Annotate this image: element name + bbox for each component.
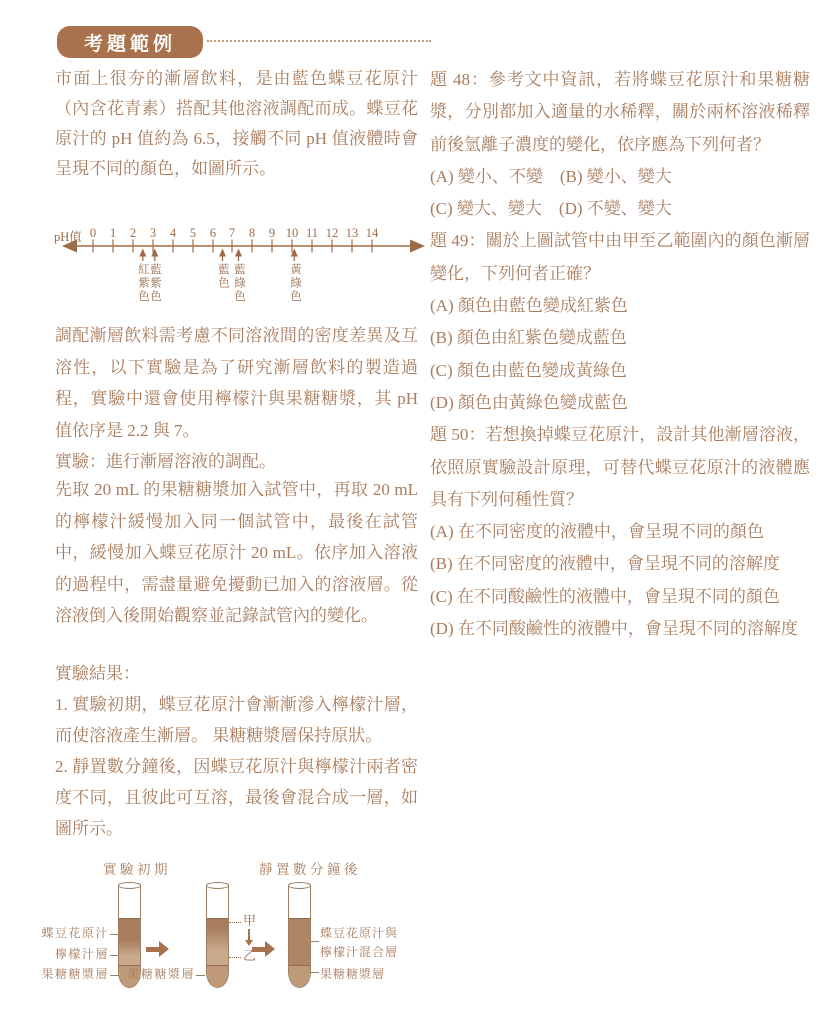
stage1-title: 實驗初期 <box>103 858 171 878</box>
question-stem: 題 48：參考文中資訊，若將蝶豆花原汁和果糖糖漿，分別都加入適量的水稀釋，關於兩… <box>430 64 810 161</box>
tube-rim <box>118 882 141 889</box>
tube-rim <box>206 882 229 889</box>
label-connector <box>311 941 319 942</box>
dotted-leader <box>229 957 241 958</box>
question-option-line: (A) 變小、不變 (B) 變小、變大 <box>430 161 810 193</box>
ph-tick: 2 <box>130 226 136 240</box>
question-option-line: (C) 變大、變大 (D) 不變、變大 <box>430 193 810 225</box>
ph-tick: 9 <box>269 226 275 240</box>
question-option-line: (A) 顏色由藍色變成紅紫色 <box>430 290 810 322</box>
ph-color-label: 藍色 <box>215 263 230 290</box>
test-tube-diagram: 實驗初期 靜置數分鐘後 蝶豆花原汁 檸檬汁層 果糖糖漿層 果糖糖漿層 甲 乙 <box>28 856 423 1024</box>
dotted-divider <box>207 40 431 42</box>
question-option-line: (A) 在不同密度的液體中，會呈現不同的顏色 <box>430 516 810 548</box>
procedure-paragraph: 先取 20 mL 的果糖糖漿加入試管中，再取 20 mL 的檸檬汁緩慢加入同一個… <box>55 474 418 632</box>
intro-paragraph: 市面上很夯的漸層飲料，是由藍色蝶豆花原汁（內含花青素）搭配其他溶液調配而成。蝶豆… <box>55 64 418 184</box>
ph-axis: pH值 0 1 2 3 4 5 6 7 <box>20 220 440 320</box>
question-option-line: (D) 在不同酸鹼性的液體中，會呈現不同的溶解度 <box>430 613 810 645</box>
gradient-layer <box>207 918 228 966</box>
ph-tick: 4 <box>170 226 177 240</box>
tube2-label-bottom: 果糖糖漿層 <box>127 965 206 982</box>
mixed-layer <box>289 918 310 966</box>
tube1-label-top: 蝶豆花原汁 <box>41 924 120 941</box>
tube3-label-bottom: 果糖糖漿層 <box>320 965 385 984</box>
mixing-paragraph: 調配漸層飲料需考慮不同溶液間的密度差異及互溶性，以下實驗是為了研究漸層飲料的製造… <box>55 320 418 478</box>
ph-color-label: 藍紫色 <box>147 263 162 304</box>
test-tube-gradient <box>206 883 229 988</box>
label-connector <box>110 934 119 935</box>
tube3-label: 蝶豆花原汁與 檸檬汁混合層 <box>320 924 398 962</box>
label-connector <box>110 955 119 956</box>
ph-tick: 14 <box>366 226 379 240</box>
question-50: 題 50：若想換掉蝶豆花原汁，設計其他漸層溶液，依照原實驗設計原理，可替代蝶豆花… <box>430 419 810 645</box>
label-connector <box>311 972 319 973</box>
ph-tick: 7 <box>229 226 235 240</box>
ph-tick: 3 <box>150 226 156 240</box>
label-connector <box>110 975 119 976</box>
question-stem: 題 50：若想換掉蝶豆花原汁，設計其他漸層溶液，依照原實驗設計原理，可替代蝶豆花… <box>430 419 810 516</box>
up-arrow-icon <box>219 249 226 257</box>
up-arrow-icon <box>151 249 158 257</box>
up-arrow-icon <box>139 249 146 257</box>
ph-tick: 10 <box>286 226 299 240</box>
results-section: 實驗結果： 1. 實驗初期，蝶豆花原汁會漸漸滲入檸檬汁層，而使溶液產生漸層。 果… <box>55 658 418 844</box>
ph-axis-label: pH值 <box>54 229 82 244</box>
syrup-layer <box>289 965 310 987</box>
right-arrow-icon <box>146 941 169 958</box>
butterfly-pea-and-lemon-layer <box>119 918 140 966</box>
ph-tick: 6 <box>210 226 216 240</box>
tube-rim <box>288 882 311 889</box>
ph-color-label: 黃綠色 <box>287 263 302 304</box>
ph-tick: 13 <box>346 226 359 240</box>
ph-scale-diagram: pH值 0 1 2 3 4 5 6 7 <box>20 220 440 320</box>
questions-column: 題 48：參考文中資訊，若將蝶豆花原汁和果糖糖漿，分別都加入適量的水稀釋，關於兩… <box>430 64 810 645</box>
tube1-label-mid: 檸檬汁層 <box>55 945 120 962</box>
dotted-leader <box>229 922 241 923</box>
question-option-line: (D) 顏色由黃綠色變成藍色 <box>430 387 810 419</box>
tube1-label-bottom: 果糖糖漿層 <box>41 965 120 982</box>
ph-tick: 0 <box>90 226 96 240</box>
ph-tick: 5 <box>190 226 196 240</box>
results-heading: 實驗結果： <box>55 658 418 689</box>
question-49: 題 49：關於上圖試管中由甲至乙範圍內的顏色漸層變化，下列何者正確？ (A) 顏… <box>430 225 810 419</box>
question-48: 題 48：參考文中資訊，若將蝶豆花原汁和果糖糖漿，分別都加入適量的水稀釋，關於兩… <box>430 64 810 225</box>
test-tube-final <box>288 883 311 988</box>
right-arrow-icon <box>252 941 275 958</box>
question-option-line: (C) 在不同酸鹼性的液體中，會呈現不同的顏色 <box>430 581 810 613</box>
ph-color-label: 藍綠色 <box>231 263 246 304</box>
label-connector <box>196 975 205 976</box>
question-option-line: (B) 顏色由紅紫色變成藍色 <box>430 322 810 354</box>
section-badge: 考題範例 <box>57 26 203 58</box>
ph-tick: 8 <box>249 226 255 240</box>
question-option-line: (B) 在不同密度的液體中，會呈現不同的溶解度 <box>430 548 810 580</box>
up-arrow-icon <box>235 249 242 257</box>
result-item-2: 2. 靜置數分鐘後，因蝶豆花原汁與檸檬汁兩者密度不同，且彼此可互溶，最後會混合成… <box>55 751 418 844</box>
paragraph-text: 調配漸層飲料需考慮不同溶液間的密度差異及互溶性，以下實驗是為了研究漸層飲料的製造… <box>55 320 418 446</box>
exam-page: 考題範例 市面上很夯的漸層飲料，是由藍色蝶豆花原汁（內含花青素）搭配其他溶液調配… <box>0 0 832 1024</box>
right-arrowhead-icon <box>410 240 425 253</box>
experiment-line: 實驗：進行漸層溶液的調配。 <box>55 446 418 478</box>
question-stem: 題 49：關於上圖試管中由甲至乙範圍內的顏色漸層變化，下列何者正確？ <box>430 225 810 290</box>
question-option-line: (C) 顏色由藍色變成黃綠色 <box>430 355 810 387</box>
ph-tick: 1 <box>110 226 116 240</box>
result-item-1: 1. 實驗初期，蝶豆花原汁會漸漸滲入檸檬汁層，而使溶液產生漸層。 果糖糖漿層保持… <box>55 689 418 751</box>
ph-tick: 11 <box>306 226 318 240</box>
marker-jia: 甲 <box>229 910 256 929</box>
syrup-layer <box>207 965 228 987</box>
stage2-title: 靜置數分鐘後 <box>259 858 361 878</box>
ph-tick: 12 <box>326 226 339 240</box>
